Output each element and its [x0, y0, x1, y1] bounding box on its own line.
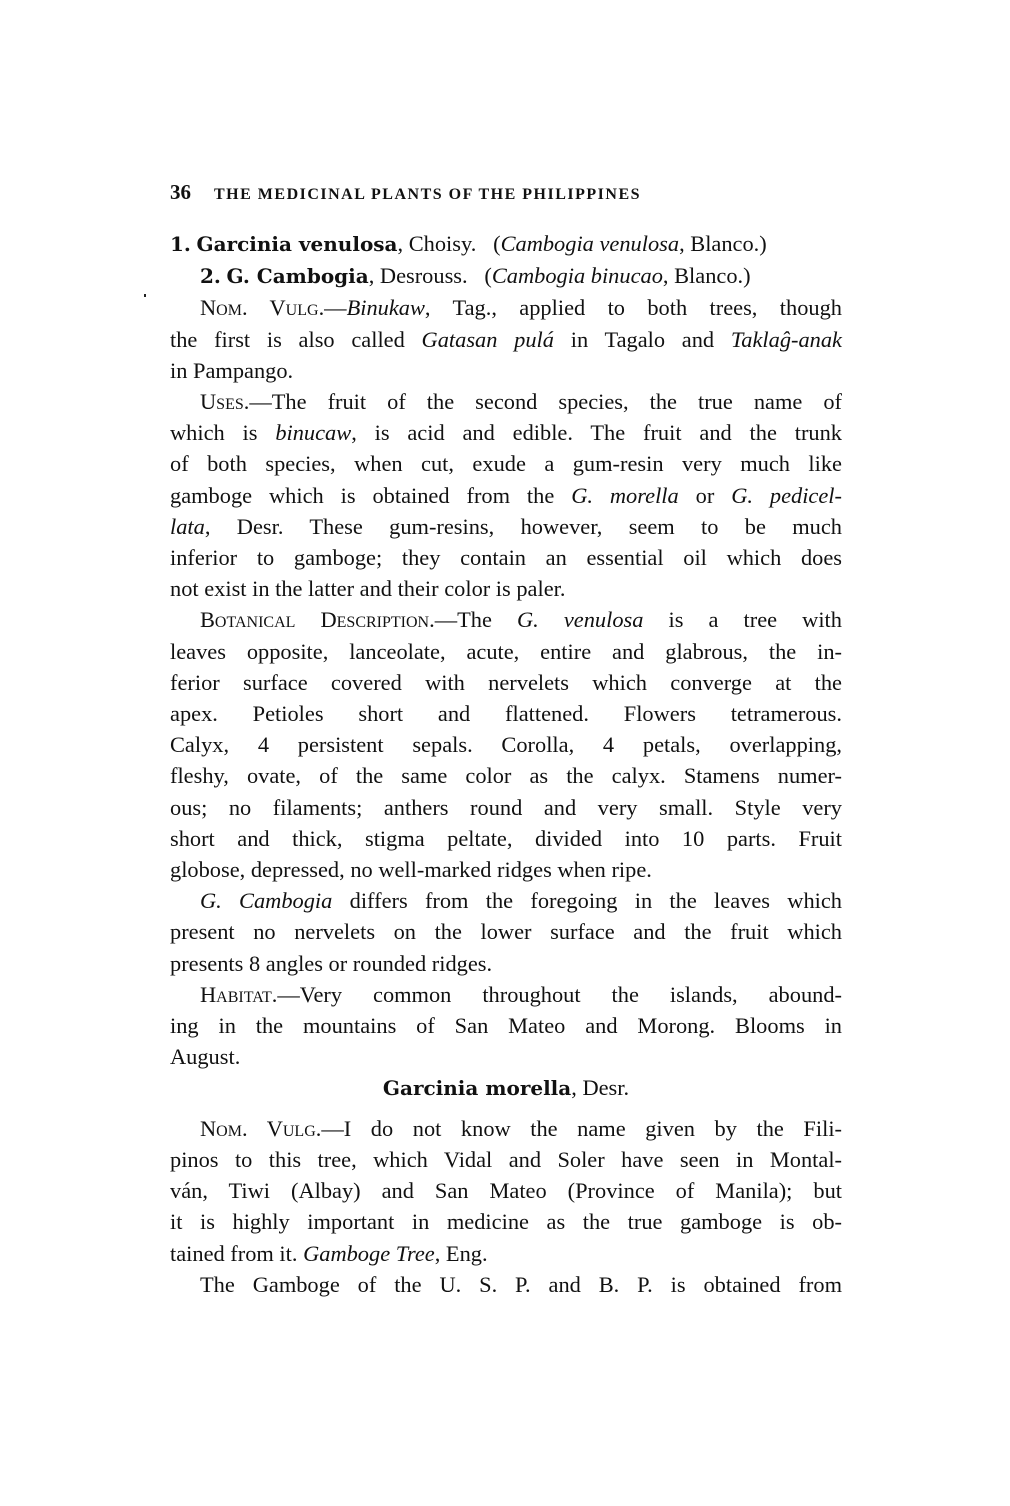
text-line: of both species, when cut, exude a gum-r…	[170, 448, 842, 479]
text-line: Calyx, 4 persistent sepals. Corolla, 4 p…	[170, 729, 842, 760]
text-line: inferior to gamboge; they contain an ess…	[170, 542, 842, 573]
text-line: August.	[170, 1041, 842, 1072]
text-line: presents 8 angles or rounded ridges.	[170, 948, 842, 979]
nom-vulg-paragraph-2: Nom. Vulg.—I do not know the name given …	[170, 1113, 842, 1144]
section-heading-garcinia-morella: Garcinia morella, Desr.	[170, 1072, 842, 1104]
text-line: globose, depressed, no well-marked ridge…	[170, 854, 842, 885]
text-line: ván, Tiwi (Albay) and San Mateo (Provinc…	[170, 1175, 842, 1206]
text-line: fleshy, ovate, of the same color as the …	[170, 760, 842, 791]
page-number: 36	[170, 180, 214, 205]
running-title: THE MEDICINAL PLANTS OF THE PHILIPPINES	[214, 186, 641, 204]
text-line: present no nervelets on the lower surfac…	[170, 916, 842, 947]
botanical-description-paragraph: Botanical Description.—The G. venulosa i…	[170, 604, 842, 635]
book-page: 36 THE MEDICINAL PLANTS OF THE PHILIPPIN…	[170, 180, 842, 1300]
cambogia-paragraph: G. Cambogia differs from the foregoing i…	[170, 885, 842, 916]
text-line: in Pampango.	[170, 355, 842, 386]
species-entry-1: 1. Garcinia venulosa, Choisy. (Cambogia …	[170, 228, 842, 260]
text-line: the first is also called Gatasan pulá in…	[170, 324, 842, 355]
running-head: 36 THE MEDICINAL PLANTS OF THE PHILIPPIN…	[170, 180, 842, 208]
species-name: Garcinia venulosa	[197, 232, 398, 256]
text-line: tained from it. Gamboge Tree, Eng.	[170, 1238, 842, 1269]
text-line: which is binucaw, is acid and edible. Th…	[170, 417, 842, 448]
text-line: short and thick, stigma peltate, divided…	[170, 823, 842, 854]
species-entry-2: 2. G. Cambogia, Desrouss. (Cambogia binu…	[170, 260, 842, 292]
species-name: G. Cambogia	[227, 264, 369, 288]
text-line: lata, Desr. These gum-resins, however, s…	[170, 511, 842, 542]
text-line: leaves opposite, lanceolate, acute, enti…	[170, 636, 842, 667]
text-line: it is highly important in medicine as th…	[170, 1206, 842, 1237]
text-line: ous; no filaments; anthers round and ver…	[170, 792, 842, 823]
text-line: apex. Petioles short and flattened. Flow…	[170, 698, 842, 729]
uses-paragraph: Uses.—The fruit of the second species, t…	[170, 386, 842, 417]
habitat-paragraph: Habitat.—Very common throughout the isla…	[170, 979, 842, 1010]
text-line: ferior surface covered with nervelets wh…	[170, 667, 842, 698]
text-line: not exist in the latter and their color …	[170, 573, 842, 604]
text-line: ing in the mountains of San Mateo and Mo…	[170, 1010, 842, 1041]
body-text: 1. Garcinia venulosa, Choisy. (Cambogia …	[170, 228, 842, 1300]
stray-mark	[144, 294, 146, 297]
text-line: pinos to this tree, which Vidal and Sole…	[170, 1144, 842, 1175]
text-line: gamboge which is obtained from the G. mo…	[170, 480, 842, 511]
gamboge-paragraph: The Gamboge of the U. S. P. and B. P. is…	[170, 1269, 842, 1300]
nom-vulg-paragraph-1: Nom. Vulg.—Binukaw, Tag., applied to bot…	[170, 292, 842, 323]
